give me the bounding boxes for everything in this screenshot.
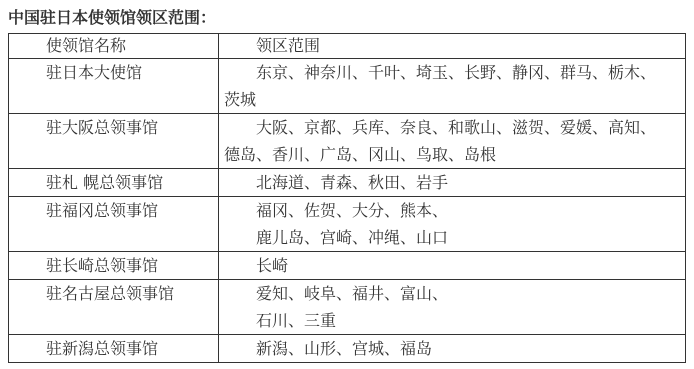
header-row: 使领馆名称 领区范围 <box>9 34 686 59</box>
region-cell: 新潟、山形、宫城、福岛 <box>219 335 686 363</box>
region-cell: 东京、神奈川、千叶、埼玉、长野、静冈、群马、栃木、茨城 <box>219 59 686 114</box>
header-district-scope: 领区范围 <box>219 34 686 59</box>
region-cell: 爱知、岐阜、福井、富山、石川、三重 <box>219 280 686 335</box>
region-cell: 大阪、京都、兵库、奈良、和歌山、滋贺、爱媛、高知、德岛、香川、广岛、冈山、鸟取、… <box>219 114 686 169</box>
header-consulate-name-label: 使领馆名称 <box>14 34 213 58</box>
region-line: 石川、三重 <box>224 307 680 334</box>
table-row: 驻札 幌总领事馆北海道、青森、秋田、岩手 <box>9 169 686 197</box>
consulate-name-cell: 驻名古屋总领事馆 <box>9 280 219 335</box>
table-row: 驻大阪总领事馆大阪、京都、兵库、奈良、和歌山、滋贺、爱媛、高知、德岛、香川、广岛… <box>9 114 686 169</box>
consulate-table-body: 驻日本大使馆东京、神奈川、千叶、埼玉、长野、静冈、群马、栃木、茨城驻大阪总领事馆… <box>9 59 686 363</box>
region-line: 爱知、岐阜、福井、富山、 <box>224 280 680 307</box>
consulate-district-table: 使领馆名称 领区范围 驻日本大使馆东京、神奈川、千叶、埼玉、长野、静冈、群马、栃… <box>8 33 686 363</box>
region-line: 茨城 <box>224 86 680 113</box>
consulate-name-cell: 驻札 幌总领事馆 <box>9 169 219 197</box>
page-title: 中国驻日本使领馆领区范围： <box>8 10 694 26</box>
consulate-name: 驻日本大使馆 <box>14 59 213 86</box>
header-district-scope-label: 领区范围 <box>224 34 680 58</box>
region-line: 大阪、京都、兵库、奈良、和歌山、滋贺、爱媛、高知、 <box>224 114 680 141</box>
consulate-name: 驻福冈总领事馆 <box>14 197 213 224</box>
table-row: 驻新潟总领事馆新潟、山形、宫城、福岛 <box>9 335 686 363</box>
region-line: 北海道、青森、秋田、岩手 <box>224 169 680 196</box>
region-line: 东京、神奈川、千叶、埼玉、长野、静冈、群马、栃木、 <box>224 59 680 86</box>
consulate-name-cell: 驻长崎总领事馆 <box>9 252 219 280</box>
page: 中国驻日本使领馆领区范围： 使领馆名称 领区范围 驻日本大使馆东京、神奈川、千叶… <box>0 0 694 363</box>
header-consulate-name: 使领馆名称 <box>9 34 219 59</box>
consulate-name: 驻长崎总领事馆 <box>14 252 213 279</box>
consulate-name-cell: 驻福冈总领事馆 <box>9 197 219 252</box>
region-line: 长崎 <box>224 252 680 279</box>
table-row: 驻日本大使馆东京、神奈川、千叶、埼玉、长野、静冈、群马、栃木、茨城 <box>9 59 686 114</box>
consulate-name: 驻札 幌总领事馆 <box>14 169 213 196</box>
region-line: 鹿儿岛、宫崎、冲绳、山口 <box>224 224 680 251</box>
consulate-name-cell: 驻大阪总领事馆 <box>9 114 219 169</box>
region-cell: 长崎 <box>219 252 686 280</box>
region-line: 福冈、佐贺、大分、熊本、 <box>224 197 680 224</box>
table-row: 驻福冈总领事馆福冈、佐贺、大分、熊本、鹿儿岛、宫崎、冲绳、山口 <box>9 197 686 252</box>
table-row: 驻长崎总领事馆长崎 <box>9 252 686 280</box>
region-cell: 福冈、佐贺、大分、熊本、鹿儿岛、宫崎、冲绳、山口 <box>219 197 686 252</box>
table-header: 使领馆名称 领区范围 <box>9 34 686 59</box>
consulate-name-cell: 驻日本大使馆 <box>9 59 219 114</box>
table-row: 驻名古屋总领事馆爱知、岐阜、福井、富山、石川、三重 <box>9 280 686 335</box>
consulate-name: 驻新潟总领事馆 <box>14 335 213 362</box>
consulate-name-cell: 驻新潟总领事馆 <box>9 335 219 363</box>
region-line: 新潟、山形、宫城、福岛 <box>224 335 680 362</box>
consulate-name: 驻名古屋总领事馆 <box>14 280 213 307</box>
region-line: 德岛、香川、广岛、冈山、鸟取、岛根 <box>224 141 680 168</box>
consulate-name: 驻大阪总领事馆 <box>14 114 213 141</box>
region-cell: 北海道、青森、秋田、岩手 <box>219 169 686 197</box>
